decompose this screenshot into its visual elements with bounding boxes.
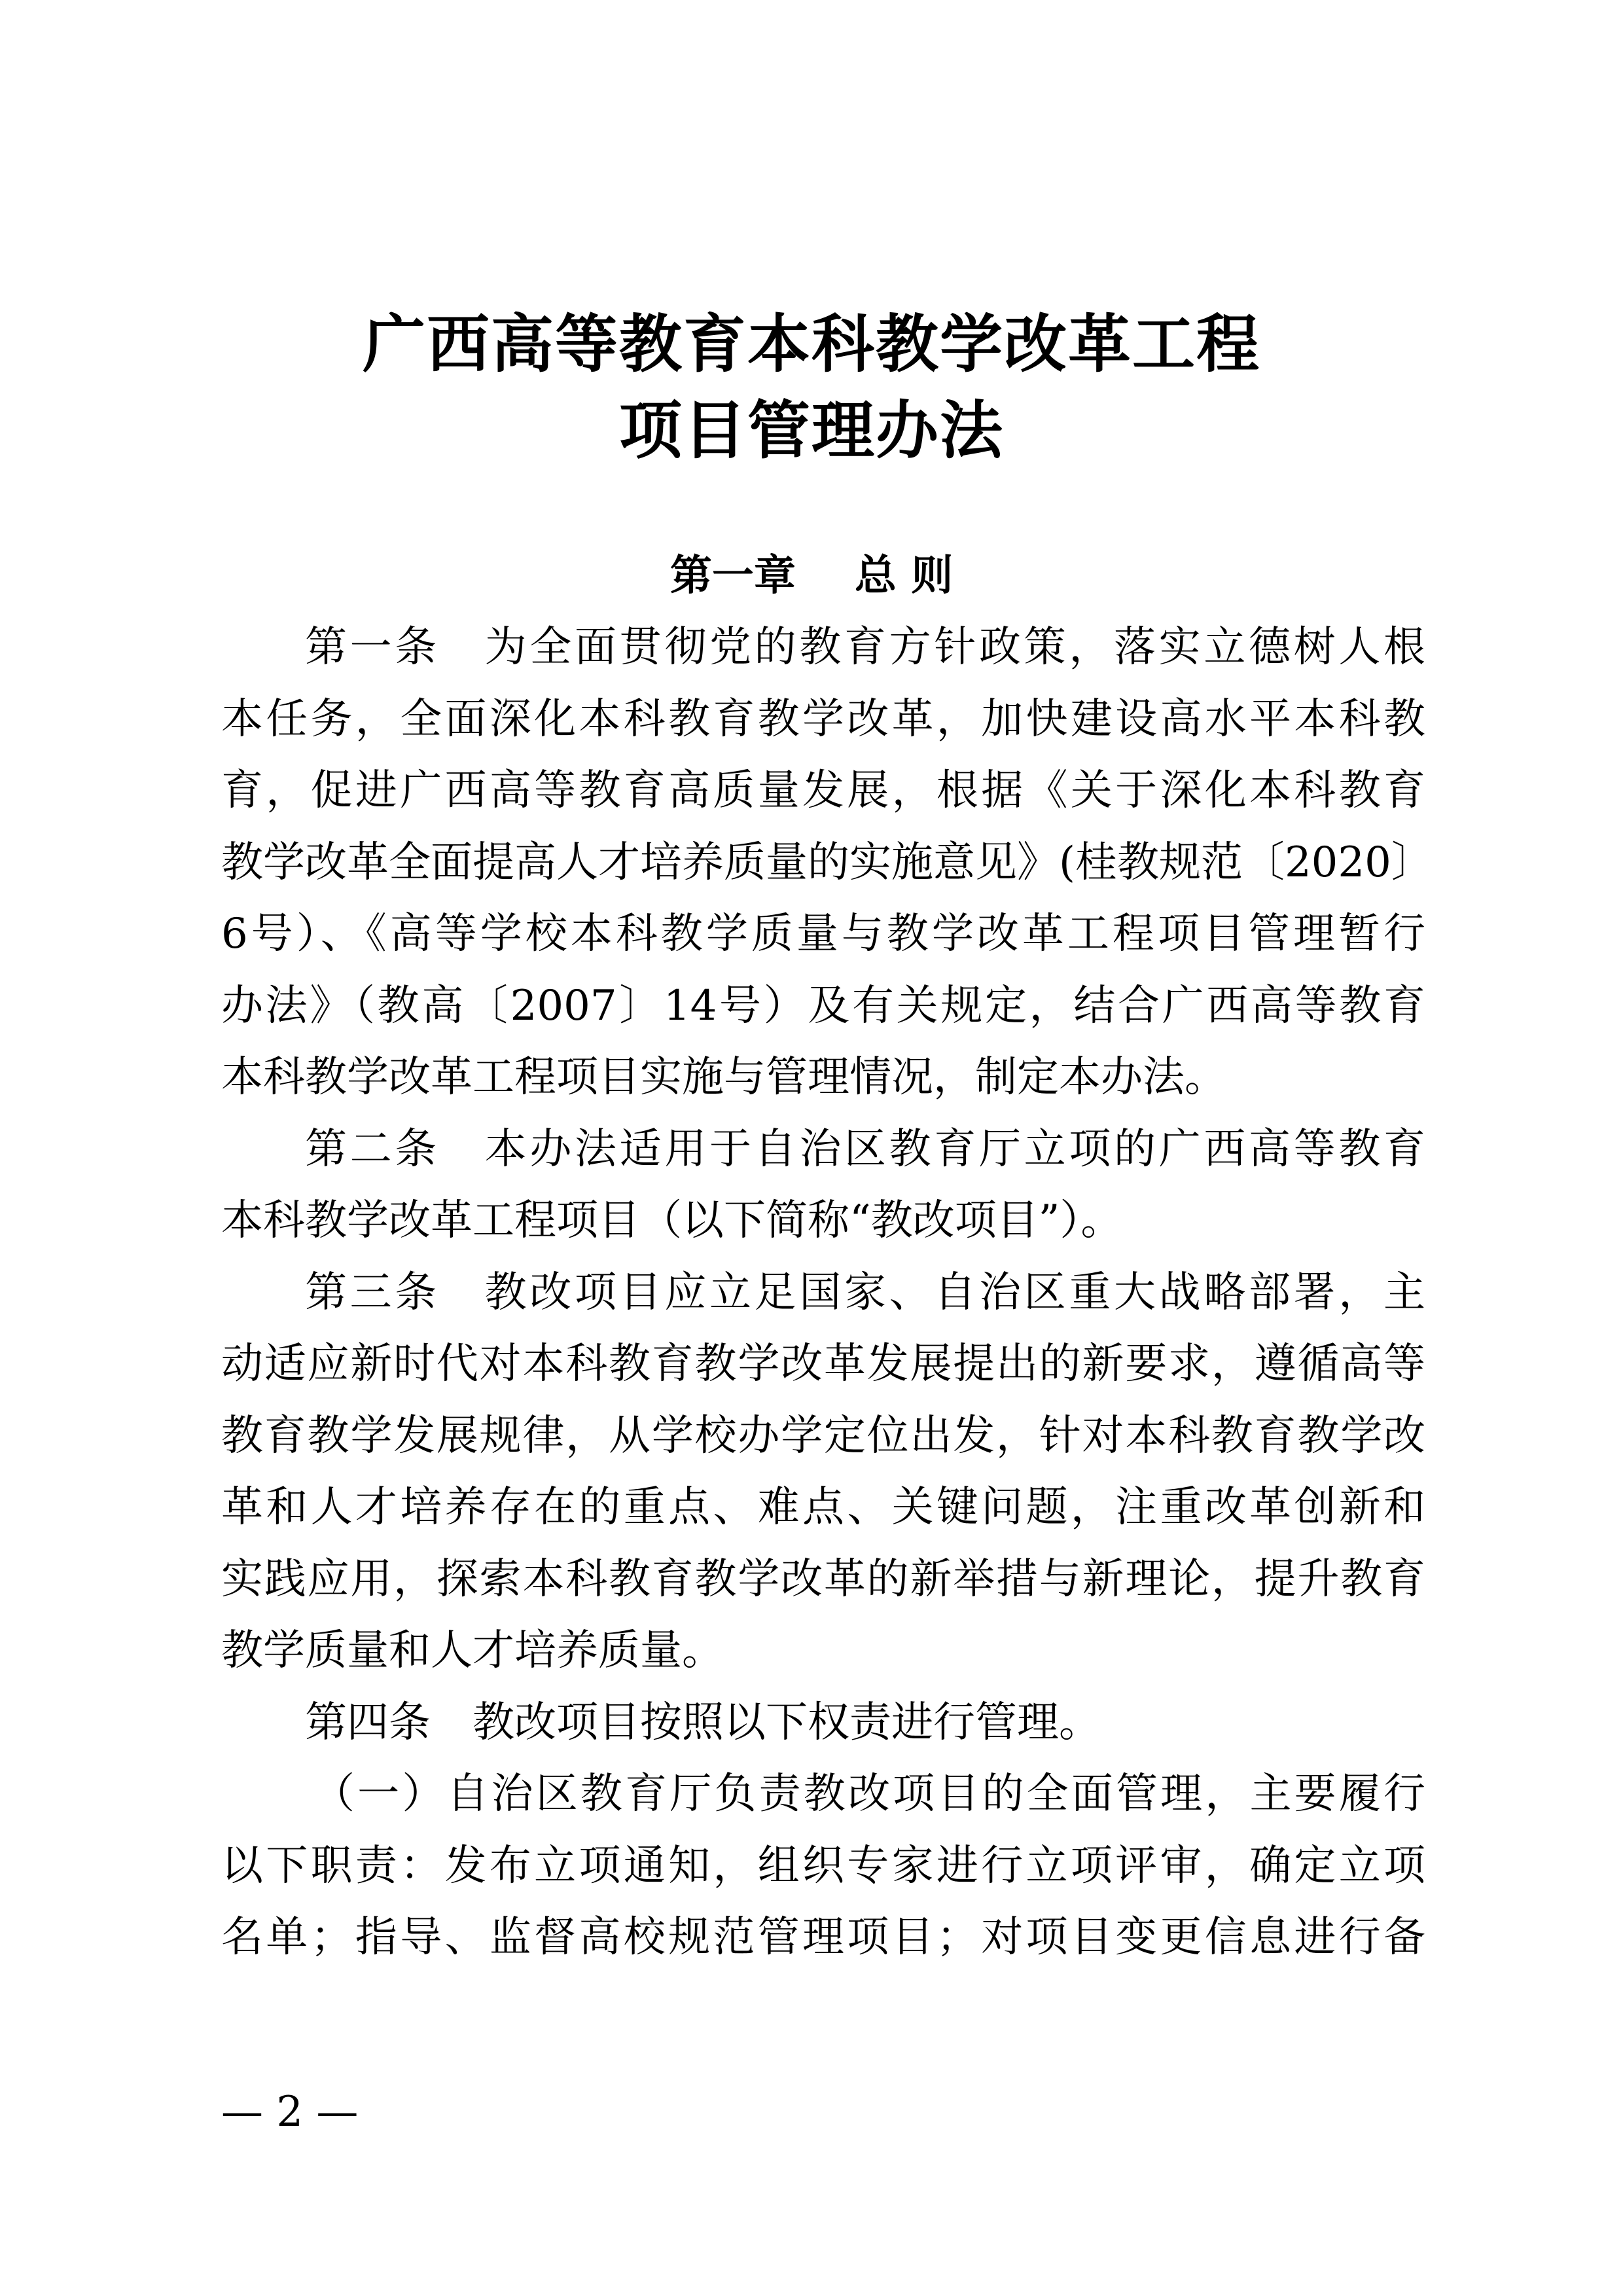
body-text-line: 6号）、《高等学校本科教学质量与教学改革工程项目管理暂行 — [221, 899, 1425, 971]
body-text-line: 教育教学发展规律，从学校办学定位出发，针对本科教育教学改 — [221, 1401, 1425, 1473]
body-text-line: 第四条 教改项目按照以下权责进行管理。 — [221, 1687, 1425, 1759]
body-text-line: 第二条 本办法适用于自治区教育厅立项的广西高等教育 — [221, 1114, 1425, 1186]
body-text-line: 本科教学改革工程项目实施与管理情况，制定本办法。 — [221, 1042, 1425, 1114]
body-text-line: 本任务，全面深化本科教育教学改革，加快建设高水平本科教 — [221, 684, 1425, 756]
document-title-line-2: 项目管理办法 — [0, 399, 1623, 462]
document-body: 第一条 为全面贯彻党的教育方针政策，落实立德树人根本任务，全面深化本科教育教学改… — [221, 612, 1425, 1974]
body-text-line: 教学质量和人才培养质量。 — [221, 1615, 1425, 1687]
body-text-line: 革和人才培养存在的重点、难点、关键问题，注重改革创新和 — [221, 1472, 1425, 1544]
body-text-line: 以下职责：发布立项通知，组织专家进行立项评审，确定立项 — [221, 1831, 1425, 1903]
document-page: 广西高等教育本科教学改革工程 项目管理办法 第一章总 则 第一条 为全面贯彻党的… — [0, 0, 1623, 2296]
body-text-line: 育，促进广西高等教育高质量发展，根据《关于深化本科教育 — [221, 755, 1425, 827]
body-text-line: 动适应新时代对本科教育教学改革发展提出的新要求，遵循高等 — [221, 1329, 1425, 1401]
chapter-heading: 第一章总 则 — [0, 555, 1623, 597]
body-text-line: 名单；指导、监督高校规范管理项目；对项目变更信息进行备 — [221, 1902, 1425, 1974]
page-number: — 2 — — [221, 2091, 358, 2133]
body-text-line: 教学改革全面提高人才培养质量的实施意见》(桂教规范〔2020〕 — [221, 827, 1425, 899]
body-text-line: 实践应用，探索本科教育教学改革的新举措与新理论，提升教育 — [221, 1544, 1425, 1616]
body-text-line: 办法》（教高〔2007〕14号）及有关规定，结合广西高等教育 — [221, 971, 1425, 1043]
chapter-name: 总 则 — [855, 552, 953, 600]
body-text-line: （一）自治区教育厅负责教改项目的全面管理，主要履行 — [221, 1759, 1425, 1831]
body-text-line: 第一条 为全面贯彻党的教育方针政策，落实立德树人根 — [221, 612, 1425, 684]
body-text-line: 第三条 教改项目应立足国家、自治区重大战略部署，主 — [221, 1257, 1425, 1329]
document-title-line-1: 广西高等教育本科教学改革工程 — [0, 313, 1623, 376]
body-text-line: 本科教学改革工程项目（以下简称“教改项目”）。 — [221, 1185, 1425, 1257]
chapter-number: 第一章 — [670, 552, 796, 600]
